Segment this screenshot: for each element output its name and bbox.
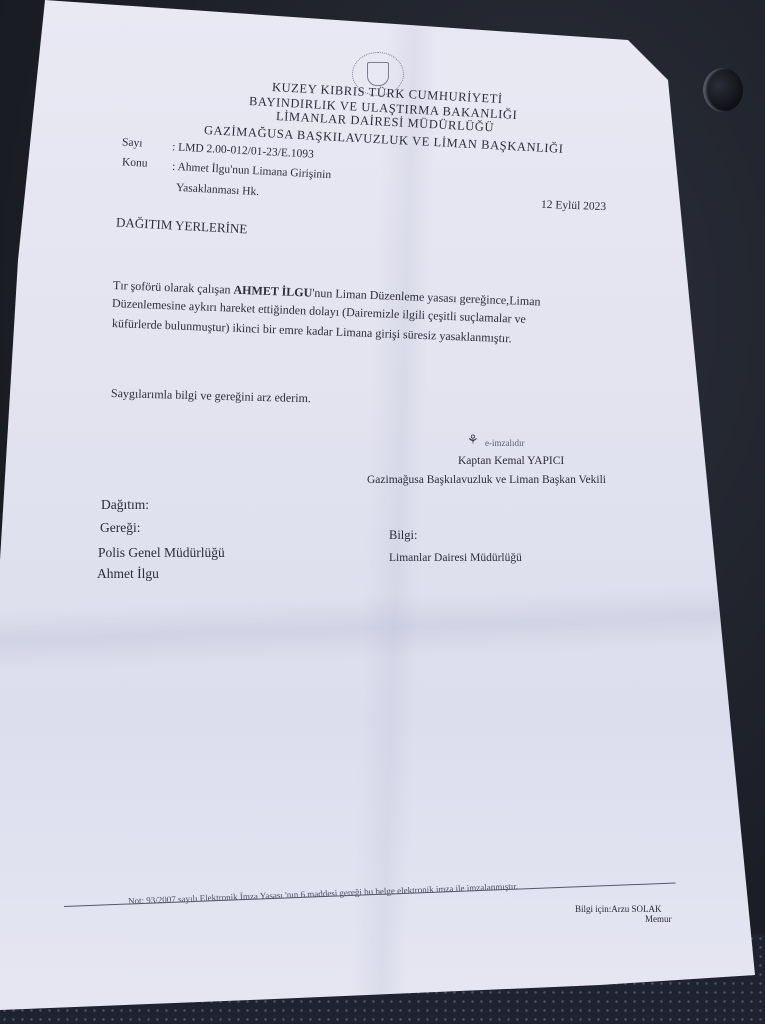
sayi-label: Sayı [122, 136, 143, 149]
action-recipient: Ahmet İlgu [97, 566, 159, 582]
subject-name: AHMET İLGU [233, 283, 312, 300]
body-text: Tır şoförü olarak çalışan [113, 278, 234, 297]
ribbon-seal-icon: ⚘ [467, 432, 479, 448]
info-label: Bilgi: [389, 528, 417, 543]
action-recipient: Polis Genel Müdürlüğü [98, 545, 225, 561]
signer-name: Kaptan Kemal YAPICI [458, 455, 564, 467]
info-recipient: Limanlar Dairesi Müdürlüğü [389, 552, 522, 564]
action-label: Gereği: [100, 520, 140, 536]
esign-label: e-imzalıdır [485, 438, 524, 448]
konu-label: Konu [122, 156, 148, 169]
distribution-heading: Dağıtım: [101, 497, 149, 513]
official-letter: KUZEY KIBRIS TÜRK CUMHURİYETİ BAYINDIRLI… [0, 0, 765, 1024]
konu-value: : Ahmet İlgu'nun Limana Girişinin [172, 161, 332, 181]
info-contact-role: Memur [645, 914, 672, 924]
document-date: 12 Eylül 2023 [541, 199, 607, 213]
info-contact: Bilgi için:Arzu SOLAK [575, 904, 662, 914]
signer-title: Gazimağusa Başkılavuzluk ve Liman Başkan… [367, 474, 606, 486]
recipient-heading: DAĞITIM YERLERİNE [116, 215, 248, 238]
konu-value-cont: Yasaklanması Hk. [176, 182, 260, 198]
closing-line: Saygılarımla bilgi ve gereğini arz ederi… [111, 386, 311, 406]
sayi-value: : LMD 2.00-012/01-23/E.1093 [172, 141, 314, 160]
